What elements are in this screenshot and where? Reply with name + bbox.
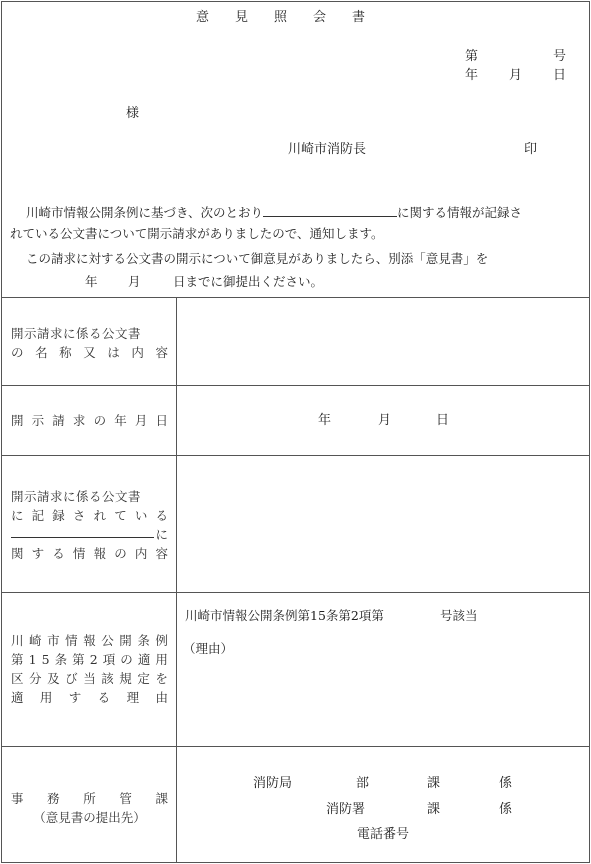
document-name-field[interactable] (178, 299, 588, 384)
label-char: 示 (32, 411, 45, 430)
deadline-year: 年 (85, 271, 98, 292)
addressee-suffix: 様 (126, 106, 139, 122)
label-char: 容 (155, 343, 168, 362)
label-char: 求 (73, 411, 86, 430)
row5-label: 事務所管課 （意見書の提出先） (11, 789, 168, 827)
label-char: さ (73, 506, 86, 525)
seal-mark: 印 (524, 142, 537, 158)
label-char: 第 (72, 650, 85, 669)
title-char: 書 (339, 10, 378, 26)
row4-label: 川崎市情報公開条例 第15条第2項の適用 区分及び当該規定を 適用する理由 (11, 631, 168, 707)
subject-blank (263, 204, 397, 217)
label-char: 適 (11, 688, 24, 707)
label-char: の (94, 411, 107, 430)
fire-bureau: 消防局 (253, 776, 292, 792)
label-char: す (69, 688, 82, 707)
number-suffix: 号 (553, 49, 566, 65)
label-char: て (114, 506, 127, 525)
label-char: 開 (119, 631, 132, 650)
station-section-unit: 課 (427, 802, 440, 818)
title-char: 会 (300, 10, 339, 26)
label-char: 務 (47, 789, 60, 808)
label-char: の (120, 650, 133, 669)
label-char: 日 (155, 411, 168, 430)
row2-label-line1: 開示請求の年月日 (11, 411, 168, 430)
label-char: 公 (101, 631, 114, 650)
label-char: 情 (65, 631, 78, 650)
label-char: 該 (101, 669, 114, 688)
title-char: 見 (222, 10, 261, 26)
row-divider (2, 746, 589, 747)
phone-number-label: 電話番号 (357, 827, 409, 843)
row3-label-line1: 開示請求に係る公文書 (11, 487, 168, 506)
para1-text-c: れている公文書について開示請求がありましたので、通知します。 (10, 226, 384, 241)
label-char: 5 (42, 650, 50, 669)
label-char: 規 (119, 669, 132, 688)
provision-suffix: 号該当 (440, 608, 478, 624)
fire-station: 消防署 (326, 802, 365, 818)
label-char: 容 (155, 544, 168, 563)
label-text: （意見書の提出先） (33, 810, 146, 825)
label-char: 当 (83, 669, 96, 688)
label-char: 区 (11, 669, 24, 688)
label-char: 記 (32, 506, 45, 525)
label-char: 崎 (29, 631, 42, 650)
provision-text: 川崎市情報公開条例第15条第2項第 (185, 608, 384, 624)
sender-name: 川崎市消防長 (288, 142, 366, 158)
date-day: 日 (553, 68, 566, 84)
label-char: 請 (52, 411, 65, 430)
label-char: 管 (119, 789, 132, 808)
label-char: に (11, 506, 24, 525)
label-char: 理 (127, 688, 140, 707)
row5-label-line1: 事務所管課 (11, 789, 168, 808)
label-char: 分 (29, 669, 42, 688)
label-char: 課 (155, 789, 168, 808)
number-prefix: 第 (465, 49, 478, 65)
label-char: 項 (103, 650, 116, 669)
info-subject-blank (11, 525, 154, 538)
label-char: 適 (138, 650, 151, 669)
title-char: 意 (183, 10, 222, 26)
label-char: 川 (11, 631, 24, 650)
label-char: 内 (131, 343, 144, 362)
label-char: 名 (35, 343, 48, 362)
date-year: 年 (465, 68, 478, 84)
para1-text-b: に関する情報が記録さ (397, 205, 522, 220)
label-char: 用 (40, 688, 53, 707)
recorded-info-field[interactable] (178, 457, 588, 591)
label-char: い (135, 506, 148, 525)
para2-text-a: この請求に対する公文書の開示について御意見がありましたら、別添「意見書」を (10, 251, 488, 266)
label-char: 内 (135, 544, 148, 563)
label-char: 録 (52, 506, 65, 525)
notice-paragraph-1-cont: れている公文書について開示請求がありましたので、通知します。 (10, 223, 384, 244)
label-text: 開示請求に係る公文書 (11, 487, 141, 506)
label-char: を (155, 669, 168, 688)
row3-label-line2: に記録されている (11, 506, 168, 525)
deadline-rest: 日までに御提出ください。 (173, 271, 323, 292)
label-char: 例 (155, 631, 168, 650)
column-divider (176, 297, 177, 862)
label-text: 開示請求に係る公文書 (11, 324, 141, 343)
label-char: 年 (114, 411, 127, 430)
reason-label: （理由） (183, 641, 233, 657)
label-char: 条 (55, 650, 68, 669)
label-char: び (65, 669, 78, 688)
label-char: る (98, 688, 111, 707)
label-char: る (155, 506, 168, 525)
section-unit: 課 (427, 776, 440, 792)
opinion-inquiry-form: 意見照会書 第 号 年 月 日 様 川崎市消防長 印 川崎市情報公開条例に基づき… (1, 1, 590, 863)
row-divider (2, 385, 589, 386)
label-char: 定 (137, 669, 150, 688)
row4-label-line4: 適用する理由 (11, 688, 168, 707)
row3-label-line3: に (11, 525, 168, 544)
label-char: 月 (135, 411, 148, 430)
row3-label: 開示請求に係る公文書 に記録されている に 関する情報の内容 (11, 487, 168, 563)
label-char: は (107, 343, 120, 362)
row4-label-line1: 川崎市情報公開条例 (11, 631, 168, 650)
label-char: 用 (155, 650, 168, 669)
request-day: 日 (436, 413, 449, 429)
row1-label: 開示請求に係る公文書 の名称又は内容 (11, 324, 168, 362)
deadline-month: 月 (128, 271, 141, 292)
row-divider (2, 592, 589, 593)
label-char: 及 (47, 669, 60, 688)
subsection-unit: 係 (499, 776, 512, 792)
row4-label-line2: 第15条第2項の適用 (11, 650, 168, 669)
label-char: 市 (47, 631, 60, 650)
label-char: 報 (83, 631, 96, 650)
request-year: 年 (318, 413, 331, 429)
label-char: る (52, 544, 65, 563)
para1-text-a: 川崎市情報公開条例に基づき、次のとおり (10, 205, 263, 220)
label-char: 事 (11, 789, 24, 808)
department-unit: 部 (356, 776, 369, 792)
label-char: 関 (11, 544, 24, 563)
label-char: 開 (11, 411, 24, 430)
label-char: 報 (94, 544, 107, 563)
station-subsection-unit: 係 (499, 802, 512, 818)
row3-label-line4: 関する情報の内容 (11, 544, 168, 563)
label-char: に (155, 525, 168, 544)
label-char: れ (94, 506, 107, 525)
date-month: 月 (509, 68, 522, 84)
label-char: 由 (155, 688, 168, 707)
label-char: 2 (90, 650, 98, 669)
label-char: 称 (59, 343, 72, 362)
table-top-border (2, 297, 589, 298)
notice-paragraph-1: 川崎市情報公開条例に基づき、次のとおりに関する情報が記録さ (10, 202, 522, 223)
row2-label: 開示請求の年月日 (11, 411, 168, 430)
label-char: す (32, 544, 45, 563)
label-char: 条 (137, 631, 150, 650)
request-month: 月 (378, 413, 391, 429)
label-char: 第 (11, 650, 24, 669)
row5-label-line2: （意見書の提出先） (11, 808, 168, 827)
row1-label-line1: 開示請求に係る公文書 (11, 324, 168, 343)
notice-paragraph-2: この請求に対する公文書の開示について御意見がありましたら、別添「意見書」を (10, 248, 488, 269)
label-char: 情 (73, 544, 86, 563)
label-char: の (11, 343, 24, 362)
label-char: の (114, 544, 127, 563)
label-char: 1 (29, 650, 37, 669)
label-char: 又 (83, 343, 96, 362)
row1-label-line2: の名称又は内容 (11, 343, 168, 362)
title-char: 照 (261, 10, 300, 26)
document-title: 意見照会書 (183, 10, 378, 26)
label-char: 所 (83, 789, 96, 808)
row4-label-line3: 区分及び当該規定を (11, 669, 168, 688)
row-divider (2, 455, 589, 456)
